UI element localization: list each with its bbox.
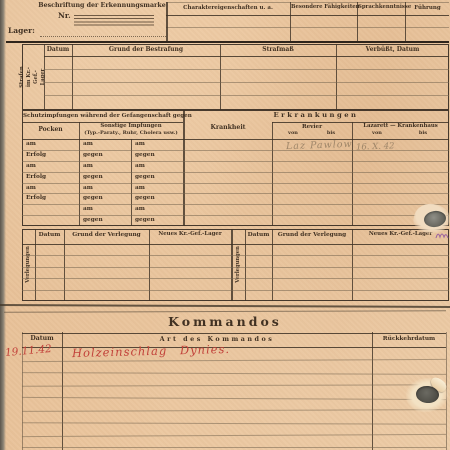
verl-row-rule-1 (22, 255, 449, 256)
verl-row-rule-2 (22, 267, 449, 268)
top-table-header-rule (166, 15, 449, 16)
impf-vline-pocken (79, 122, 80, 226)
nr-label: Nr. (58, 12, 71, 20)
impf-cell: gegen (83, 217, 103, 223)
faehig-col-header: Besondere Fähigkeiten (291, 5, 356, 11)
impf-erkr-header-rule (22, 139, 449, 140)
impf-cell: am (26, 163, 36, 169)
impf-cell: am (135, 206, 145, 212)
char-col-header: Charaktereigenschaften u. a. (168, 5, 288, 11)
strafen-strafmass-header: Strafmaß (220, 47, 336, 54)
verl-header-rule (22, 244, 449, 245)
nr-fill-lines (74, 15, 154, 26)
erkr-entry-lazarett-von: 16. X. 42 (356, 141, 395, 152)
lager-fill-line (40, 29, 166, 37)
erkr-revier-header: Revier (272, 124, 352, 130)
impf-row-rule-4 (22, 183, 449, 184)
impf-cell: gegen (83, 152, 103, 158)
verl-l-neues-header: Neues Kr.-Gef.-Lager (149, 232, 231, 238)
impf-cell: am (135, 163, 145, 169)
strafen-vline-1 (72, 44, 73, 110)
strafen-vline-3 (336, 44, 337, 110)
verl-l-datum-header: Datum (35, 232, 64, 238)
impf-cell: gegen (135, 195, 155, 201)
strafen-row-rule-1 (44, 69, 449, 70)
strafen-row-rule-2 (44, 82, 449, 83)
erkr-vline-revier (352, 122, 353, 226)
komm-entry-datum: 19.11.42 (5, 343, 53, 359)
strafen-row-rule-3 (44, 95, 449, 96)
erkr-lazarett-von: von (354, 131, 400, 137)
erkr-entry-revier: Laz Pawlow (286, 139, 353, 152)
verl-row-rule-4 (22, 290, 449, 291)
impf-cell: Erfolg (26, 195, 46, 201)
top-table-top-rule (166, 2, 449, 3)
impf-cell: am (83, 141, 93, 147)
impf-pocken-header: Pocken (22, 127, 79, 134)
strafen-verbuesst-header: Verbüßt, Datum (336, 47, 449, 54)
verl-r-datum-header: Datum (245, 232, 272, 238)
card-left-edge (0, 0, 6, 450)
strafen-vline-2 (220, 44, 221, 110)
impf-cell: gegen (135, 152, 155, 158)
komm-row-rule-4 (22, 396, 446, 399)
komm-rueckkehr-header: Rückkehrdatum (372, 336, 446, 342)
komm-row-rule-5 (22, 409, 446, 412)
komm-vline-rueckkehr (372, 332, 373, 450)
erkr-lazarett-bis: bis (400, 131, 446, 137)
erkr-revier-von: von (274, 131, 312, 137)
impf-cell: gegen (135, 174, 155, 180)
impf-cell: gegen (83, 174, 103, 180)
impf-cell: Erfolg (26, 174, 46, 180)
verl-l-grund-header: Grund der Verlegung (64, 232, 149, 238)
erkr-vline-krankheit (272, 122, 273, 226)
lower-card-top-edge (4, 310, 446, 313)
pow-card-scan: Beschriftung der Erkennungsmarke Nr. Lag… (0, 0, 450, 450)
sprach-col-header: Sprachkenntnisse (358, 5, 404, 11)
top-table-row-rule (166, 27, 449, 28)
impf-cell: am (26, 185, 36, 191)
impf-cell: am (135, 141, 145, 147)
komm-row-rule-8 (22, 447, 446, 448)
impf-sonstige-header-1: Sonstige Impfungen (79, 124, 183, 130)
komm-header-top-rule (22, 333, 446, 334)
fuehrung-col-header: Führung (406, 5, 449, 11)
verl-row-rule-3 (22, 278, 449, 279)
impf-sonstige-header-2: (Typ.-Paraty., Ruhr, Cholera usw.) (79, 131, 183, 137)
lager-label: Lager: (8, 27, 35, 35)
strafen-side-label: Strafen im Kr.-Gef.-Lager (19, 66, 47, 88)
impf-row-rule-2 (22, 161, 449, 162)
strafen-side-label-cell: Strafen im Kr.-Gef.-Lager (22, 44, 44, 110)
strafen-grund-header: Grund der Bestrafung (72, 47, 220, 54)
verl-r-grund-header: Grund der Verlegung (272, 232, 352, 238)
marke-label: Beschriftung der Erkennungsmarke (38, 3, 166, 10)
impf-cell: am (135, 185, 145, 191)
strafen-datum-header: Datum (44, 47, 72, 54)
komm-row-rule-6 (22, 422, 446, 424)
impf-cell: am (26, 141, 36, 147)
impf-row-rule-7 (22, 215, 449, 216)
komm-row-rule-7 (22, 434, 446, 437)
komm-vline-datum (62, 332, 63, 450)
strafen-vline-label (44, 44, 45, 110)
impf-row-rule-6 (22, 204, 449, 205)
komm-row-rule-2 (22, 372, 446, 375)
strafen-table-frame (22, 44, 449, 110)
impf-row-rule-3 (22, 172, 449, 173)
impf-title: Schutzimpfungen während der Gefangenscha… (23, 113, 182, 119)
upper-card-bottom-edge (0, 304, 450, 308)
impf-cell: Erfolg (26, 152, 46, 158)
impf-cell: gegen (83, 195, 103, 201)
komm-row-rule-3 (22, 384, 446, 386)
impf-cell: am (83, 185, 93, 191)
purple-mark-icon (435, 229, 450, 241)
section-divider-heavy (6, 41, 449, 43)
komm-datum-header: Datum (22, 336, 62, 343)
impf-row-rule-5 (22, 193, 449, 194)
strafen-header-rule (44, 56, 449, 57)
impf-cell: gegen (135, 217, 155, 223)
erkr-lazarett-header: Lazarett — Krankenhaus (352, 124, 449, 130)
komm-entry-art: Holzeinschlag Dynies. (72, 342, 230, 360)
kommandos-title: Kommandos (0, 315, 450, 329)
erkr-title: Erkrankungen (185, 112, 447, 119)
impf-cell: am (83, 206, 93, 212)
erkr-revier-bis: bis (312, 131, 350, 137)
impf-cell: am (83, 163, 93, 169)
erkr-krankheit-header: Krankheit (185, 125, 271, 132)
